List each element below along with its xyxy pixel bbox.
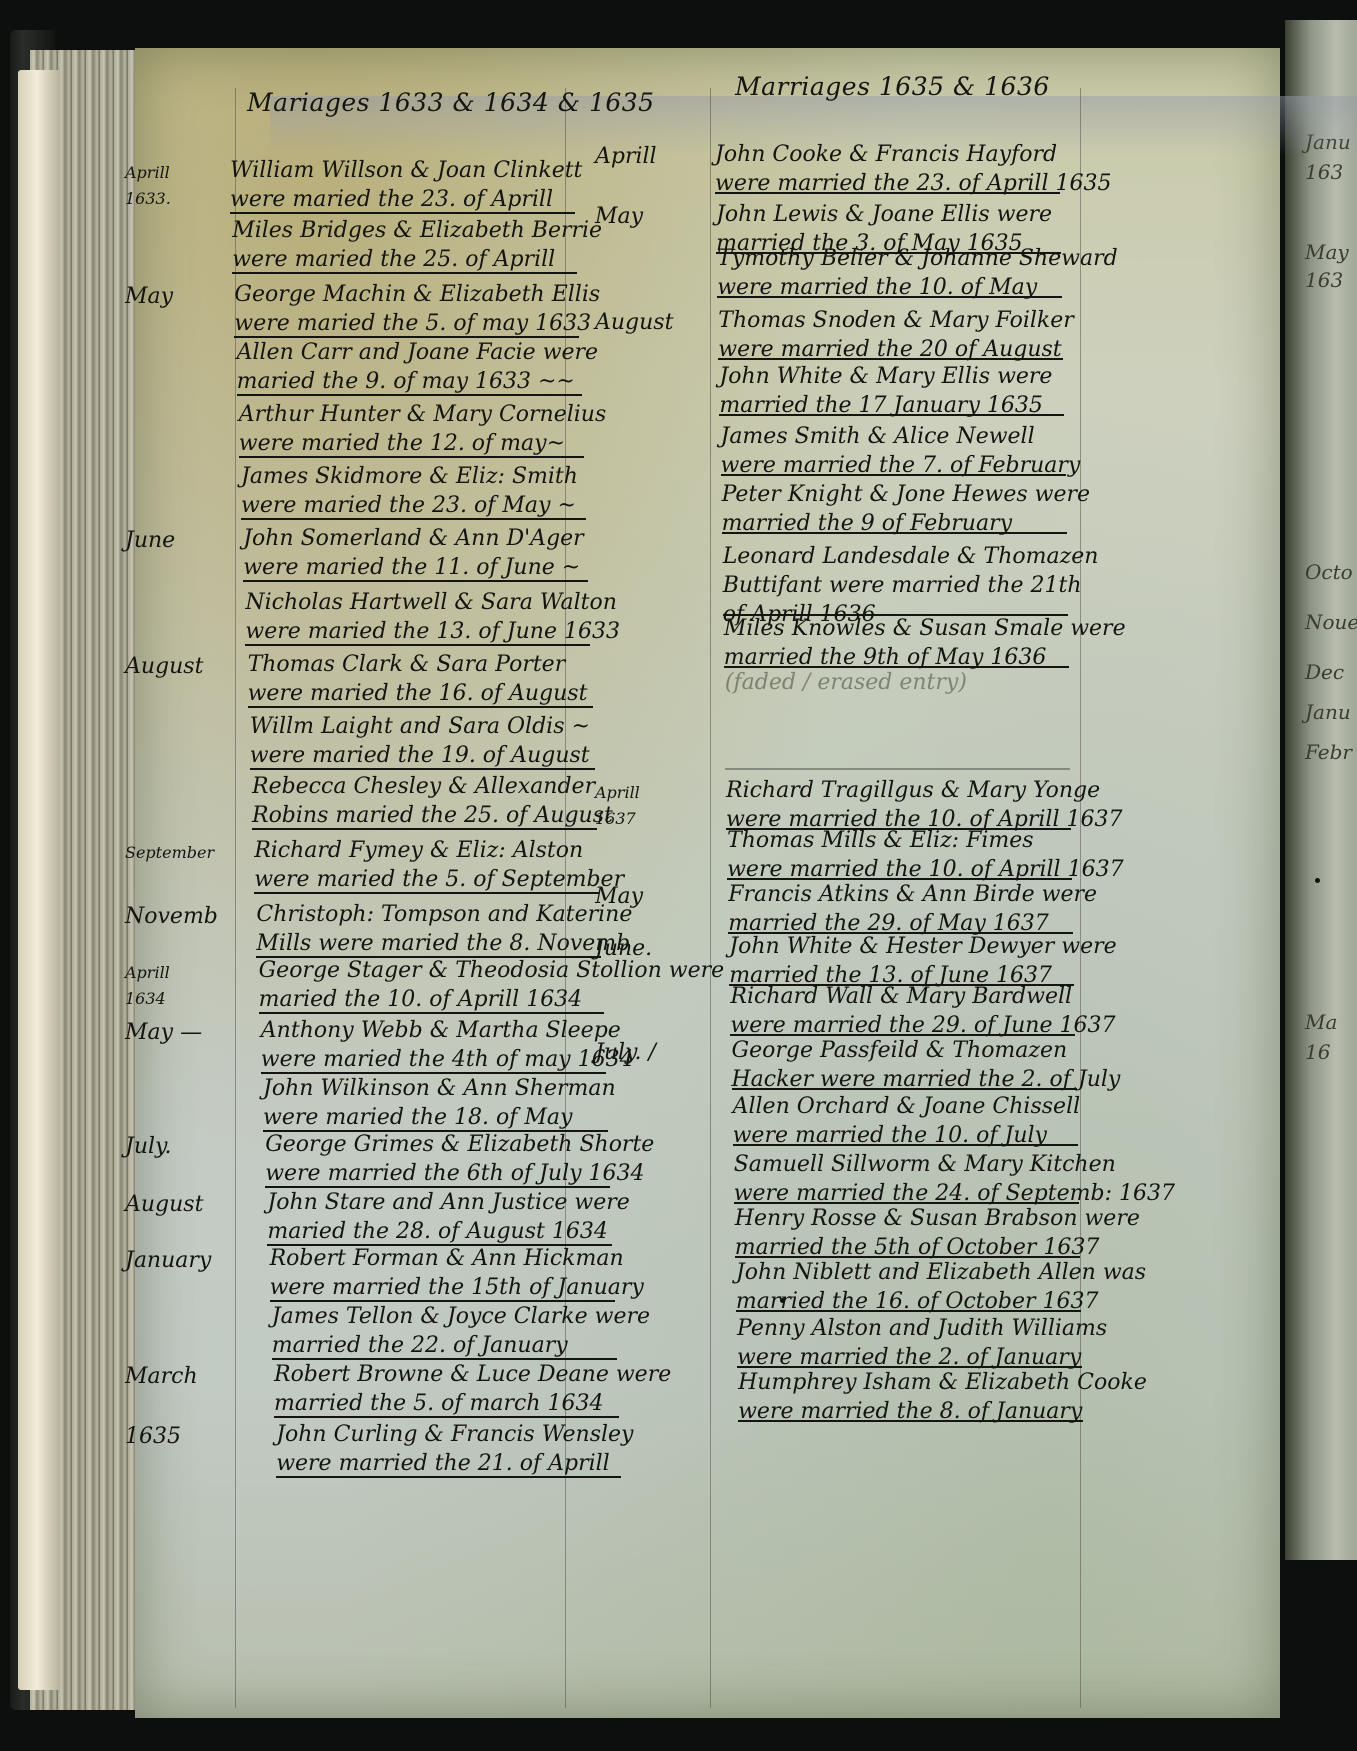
entry-line-2: Mills were maried the 8. Novemb [256, 929, 601, 958]
entry-line-2: were maried the 5. of September [254, 865, 599, 894]
entry-line-1: Samuell Sillworm & Mary Kitchen [734, 1150, 1079, 1179]
marriage-entry: James Skidmore & Eliz: Smithwere maried … [241, 462, 586, 520]
entry-line-1: John White & Hester Dewyer were [729, 932, 1074, 961]
entry-line-2: were maried the 11. of June ~ [243, 553, 588, 582]
marriage-entry: James Tellon & Joyce Clarke weremarried … [272, 1302, 617, 1360]
entry-line-2: were married the 10. of May [717, 273, 1062, 302]
entry-line-2: were married the 6th of July 1634 [265, 1159, 610, 1188]
facing-page-text: Janu [1305, 700, 1351, 724]
margin-date-label: May [125, 284, 173, 310]
entry-line-1: Thomas Snoden & Mary Foilker [718, 306, 1063, 335]
margin-date-label: Aprill [595, 144, 657, 170]
marriage-entry: Christoph: Tompson and KaterineMills wer… [256, 900, 601, 958]
marriage-entry: Henry Rosse & Susan Brabson weremarried … [735, 1204, 1080, 1258]
marriage-entry: Allen Orchard & Joane Chissellwere marri… [733, 1092, 1078, 1146]
marriage-entry: Humphrey Isham & Elizabeth Cookewere mar… [738, 1368, 1083, 1422]
entry-line-1: Peter Knight & Jone Hewes were [722, 480, 1067, 509]
page-edge-strip [18, 70, 60, 1690]
ink-dot [1315, 878, 1320, 883]
entry-line-1: Richard Wall & Mary Bardwell [730, 982, 1075, 1011]
margin-date-label: August [125, 654, 203, 680]
entry-line-2: Hacker were married the 2. of July [732, 1065, 1077, 1094]
marriage-entry: Thomas Mills & Eliz: Fimeswere married t… [727, 826, 1072, 880]
margin-date-label: January [125, 1248, 211, 1274]
entry-line-1: James Tellon & Joyce Clarke were [272, 1302, 617, 1331]
entry-line-1: Robert Browne & Luce Deane were [274, 1360, 619, 1389]
entry-line-1: Penny Alston and Judith Williams [737, 1314, 1082, 1343]
entry-line-1: Thomas Clark & Sara Porter [248, 650, 593, 679]
margin-date-label: May — [125, 1020, 202, 1046]
entry-line-1: Tymothy Belier & Johanne Sheward [717, 244, 1062, 273]
margin-date-label: May [595, 204, 643, 230]
marriage-entry: Robert Forman & Ann Hickmanwere married … [270, 1244, 615, 1302]
entry-line-2: maried the 10. of Aprill 1634 [259, 985, 604, 1014]
facing-page-text: Octo [1305, 560, 1353, 584]
entry-line-1: John Niblett and Elizabeth Allen was [736, 1258, 1081, 1287]
marriage-entry: John Somerland & Ann D'Agerwere maried t… [243, 524, 588, 582]
margin-date-label: 1635 [125, 1424, 181, 1450]
entry-line-2: were married the 21. of Aprill [276, 1449, 621, 1478]
entry-line-2: were maried the 16. of August [248, 679, 593, 708]
entry-line-2: were maried the 4th of may 1634 [261, 1045, 606, 1074]
entry-line-2: were maried the 25. of Aprill [232, 245, 577, 274]
marriage-entry: George Passfeild & ThomazenHacker were m… [732, 1036, 1077, 1090]
marriage-entry: Miles Knowles & Susan Smale weremarried … [724, 614, 1069, 668]
marriage-entry: Peter Knight & Jone Hewes weremarried th… [722, 480, 1067, 534]
entry-line-2: were maried the 23. of May ~ [241, 491, 586, 520]
entry-line-2: were married the 10. of July [733, 1121, 1078, 1150]
marriage-entry: John Niblett and Elizabeth Allen wasmarr… [736, 1258, 1081, 1312]
entry-line-1: Henry Rosse & Susan Brabson were [735, 1204, 1080, 1233]
facing-page-text: Dec [1305, 660, 1344, 684]
marriage-entry: Tymothy Belier & Johanne Shewardwere mar… [717, 244, 1062, 298]
margin-date-label: July. / [595, 1040, 656, 1066]
entry-line-1: James Skidmore & Eliz: Smith [241, 462, 586, 491]
entry-line-1: George Stager & Theodosia Stollion were [259, 956, 604, 985]
entry-line-1: Arthur Hunter & Mary Cornelius [239, 400, 584, 429]
entry-line-2: were maried the 5. of may 1633 [234, 309, 579, 338]
marriage-entry: John Stare and Ann Justice weremaried th… [267, 1188, 612, 1246]
entry-line-2: Buttifant were married the 21th [723, 571, 1068, 600]
entry-line-2: were maried the 19. of August [250, 741, 595, 770]
entry-line-2: married the 22. of January [272, 1331, 617, 1360]
marriage-entry: George Machin & Elizabeth Elliswere mari… [234, 280, 579, 338]
marriage-entry: Penny Alston and Judith Williamswere mar… [737, 1314, 1082, 1368]
entry-line-2: married the 5. of march 1634 [274, 1389, 619, 1418]
entry-line-1: Robert Forman & Ann Hickman [270, 1244, 615, 1273]
facing-page-text: 163 [1305, 268, 1343, 292]
marriage-entry: William Willson & Joan Clinkettwere mari… [230, 156, 575, 214]
margin-date-label: Aprill 1633. [125, 160, 171, 212]
entry-line-1: Nicholas Hartwell & Sara Walton [245, 588, 590, 617]
marriage-entry: George Grimes & Elizabeth Shortewere mar… [265, 1130, 610, 1188]
margin-date-label: May [595, 884, 643, 910]
marriage-entry: Samuell Sillworm & Mary Kitchenwere marr… [734, 1150, 1079, 1204]
marriage-entry: Leonard Landesdale & ThomazenButtifant w… [723, 542, 1068, 616]
facing-page-text: 16 [1305, 1040, 1330, 1064]
left-column-heading: Mariages 1633 & 1634 & 1635 [247, 88, 655, 117]
entry-line-1: Rebecca Chesley & Allexander [252, 772, 597, 801]
right-column-heading: Marriages 1635 & 1636 [735, 72, 1050, 101]
entry-line-1: James Smith & Alice Newell [721, 422, 1066, 451]
facing-page-text: 163 [1305, 160, 1343, 184]
entry-line-1: George Machin & Elizabeth Ellis [234, 280, 579, 309]
marriage-entry: John Curling & Francis Wensleywere marri… [276, 1420, 621, 1478]
entry-line-2: were married the 7. of February [721, 451, 1066, 480]
entry-line-2: married the 9 of February [722, 509, 1067, 538]
entry-line-1: Richard Fymey & Eliz: Alston [254, 836, 599, 865]
marriage-entry: Miles Bridges & Elizabeth Berriewere mar… [232, 216, 577, 274]
entry-line-2: were maried the 13. of June 1633 [245, 617, 590, 646]
marriage-entry: Thomas Snoden & Mary Foilkerwere married… [718, 306, 1063, 360]
entry-line-1: Leonard Landesdale & Thomazen [723, 542, 1068, 571]
entry-line-1: John Stare and Ann Justice were [267, 1188, 612, 1217]
marriage-entry: Arthur Hunter & Mary Corneliuswere marie… [239, 400, 584, 458]
marriage-entry: Rebecca Chesley & AllexanderRobins marie… [252, 772, 597, 830]
marriage-entry: Robert Browne & Luce Deane weremarried t… [274, 1360, 619, 1418]
marriage-entry: John White & Hester Dewyer weremarried t… [729, 932, 1074, 986]
margin-date-label: July. [125, 1134, 172, 1160]
marriage-entry: James Smith & Alice Newellwere married t… [721, 422, 1066, 476]
entry-line-1: John Cooke & Francis Hayford [715, 140, 1060, 169]
entry-line-2: maried the 28. of August 1634 [267, 1217, 612, 1246]
marriage-entry: George Stager & Theodosia Stollion werem… [259, 956, 604, 1014]
entry-line-1: George Passfeild & Thomazen [732, 1036, 1077, 1065]
marriage-entry: Richard Fymey & Eliz: Alstonwere maried … [254, 836, 599, 894]
entry-line-1: Richard Tragillgus & Mary Yonge [726, 776, 1071, 805]
margin-date-label: June [125, 528, 175, 554]
margin-date-label: March [125, 1364, 198, 1390]
entry-line-2: maried the 9. of may 1633 ~~ [237, 367, 582, 396]
entry-line-1: John Somerland & Ann D'Ager [243, 524, 588, 553]
marriage-entry: Richard Tragillgus & Mary Yongewere marr… [726, 776, 1071, 830]
entry-line-1: George Grimes & Elizabeth Shorte [265, 1130, 610, 1159]
entry-line-1: Allen Orchard & Joane Chissell [733, 1092, 1078, 1121]
entry-line-2: married the 17 January 1635 [719, 391, 1064, 420]
marriage-entry: John White & Mary Ellis weremarried the … [719, 362, 1064, 416]
entry-line-2: were maried the 23. of Aprill [230, 185, 575, 214]
entry-line-2: were maried the 12. of may~ [239, 429, 584, 458]
entry-line-2: married the 16. of October 1637 [736, 1287, 1081, 1316]
margin-date-label: August [595, 310, 673, 336]
margin-date-label: Novemb [125, 904, 218, 930]
entry-line-2: were married the 8. of January [738, 1397, 1083, 1426]
facing-page-fragment: Janu163May163OctoNoueDecJanuFebrMa16 [1285, 20, 1357, 1560]
entry-line-1: Allen Carr and Joane Facie were [237, 338, 582, 367]
margin-date-label: June. [595, 936, 652, 962]
entry-line-1: Miles Knowles & Susan Smale were [724, 614, 1069, 643]
margin-rule [710, 88, 711, 1708]
entry-line-2: Robins maried the 25. of August [252, 801, 597, 830]
entry-line-1: John Wilkinson & Ann Sherman [263, 1074, 608, 1103]
entry-line-1: Francis Atkins & Ann Birde were [728, 880, 1073, 909]
marriage-entry: Thomas Clark & Sara Porterwere maried th… [248, 650, 593, 708]
entry-line-1: Willm Laight and Sara Oldis ~ [250, 712, 595, 741]
marriage-entry: Francis Atkins & Ann Birde weremarried t… [728, 880, 1073, 934]
marriage-entry: Willm Laight and Sara Oldis ~were maried… [250, 712, 595, 770]
book-photo: Janu163May163OctoNoueDecJanuFebrMa16 Mar… [0, 0, 1357, 1751]
marriage-entry: Nicholas Hartwell & Sara Waltonwere mari… [245, 588, 590, 646]
marriage-entry: Anthony Webb & Martha Sleepewere maried … [261, 1016, 606, 1074]
marriage-entry: Allen Carr and Joane Facie weremaried th… [237, 338, 582, 396]
entry-line-1: Thomas Mills & Eliz: Fimes [727, 826, 1072, 855]
entry-line-1: Christoph: Tompson and Katerine [256, 900, 601, 929]
register-page: Mariages 1633 & 1634 & 1635 Marriages 16… [135, 48, 1280, 1718]
margin-date-label: September [125, 840, 214, 866]
margin-date-label: August [125, 1192, 203, 1218]
margin-date-label: Aprill 1637 [595, 780, 640, 832]
marriage-entry: (faded / erased entry) [725, 668, 1070, 770]
entry-line-1: (faded / erased entry) [725, 668, 1070, 697]
marriage-entry: John Wilkinson & Ann Shermanwere maried … [263, 1074, 608, 1132]
entry-line-1: John White & Mary Ellis were [719, 362, 1064, 391]
marriage-entry: John Cooke & Francis Hayfordwere married… [715, 140, 1060, 194]
entry-line-1: Humphrey Isham & Elizabeth Cooke [738, 1368, 1083, 1397]
entry-line-2: were married the 20 of August [718, 335, 1063, 364]
facing-page-text: May [1305, 240, 1349, 264]
facing-page-text: Febr [1305, 740, 1352, 764]
entry-line-1: Miles Bridges & Elizabeth Berrie [232, 216, 577, 245]
entry-line-2: were married the 23. of Aprill 1635 [715, 169, 1060, 198]
entry-line-1: William Willson & Joan Clinkett [230, 156, 575, 185]
facing-page-text: Noue [1305, 610, 1357, 634]
entry-line-1: John Curling & Francis Wensley [276, 1420, 621, 1449]
entry-line-2: were maried the 18. of May [263, 1103, 608, 1132]
marriage-entry: Richard Wall & Mary Bardwellwere married… [730, 982, 1075, 1036]
facing-page-text: Ma [1305, 1010, 1337, 1034]
entry-line-1: John Lewis & Joane Ellis were [716, 200, 1061, 229]
margin-date-label: Aprill 1634 [125, 960, 170, 1012]
entry-line-2: were married the 15th of January [270, 1273, 615, 1302]
entry-line-1: Anthony Webb & Martha Sleepe [261, 1016, 606, 1045]
